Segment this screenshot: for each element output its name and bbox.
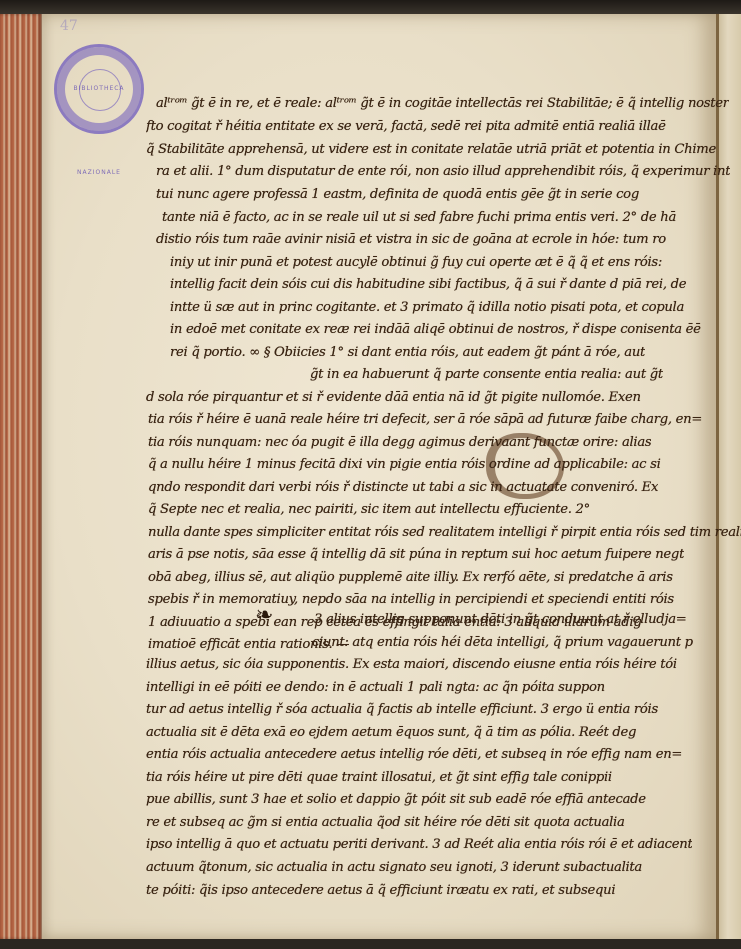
manuscript-line: 3 alius intellig supponunt dēti in g̃t c…	[314, 608, 687, 632]
manuscript-line: nulla dante spes simpliciter entitat rói…	[148, 521, 741, 545]
manuscript-line: ipso intellig ā quo et actuatu periti de…	[146, 833, 692, 857]
manuscript-line: te póiti: q̃is ipso antecedere aetus ā q…	[146, 879, 615, 903]
manuscript-line: qndo respondit dari verbi róis ř distinc…	[148, 476, 658, 500]
manuscript-line: entia róis actualia antecedere aetus int…	[146, 743, 682, 767]
manuscript-line: re et subseq ac g̃m si entia actualia q̃…	[146, 811, 625, 835]
manuscript-line: actuum q̃tonum, sic actualia in actu sig…	[146, 856, 642, 880]
manuscript-line: g̃t in ea habuerunt q̃ parte consente en…	[310, 363, 663, 387]
page-stack-edges	[0, 14, 42, 939]
manuscript-line: tante niā ē facto, ac in se reale uil ut…	[162, 206, 676, 230]
manuscript-line: intelligi in eē póiti ee dendo: in ē act…	[146, 676, 605, 700]
manuscript-line: iniy ut inir punā et potest aucylē obtin…	[170, 251, 662, 275]
book-top-edge	[0, 0, 741, 14]
manuscript-line: q̃ Stabilitāte apprehensā, ut videre est…	[146, 138, 716, 162]
manuscript-line: pue abillis, sunt 3 hae et solio et dapp…	[146, 788, 646, 812]
manuscript-line: actualia sit ē dēta exā eo ejdem aetum ē…	[146, 721, 636, 745]
manuscript-line: tur ad aetus intellig ř sóa actualia q̃ …	[146, 698, 658, 722]
stamp-text: BIBLIOTHECA NAZIONALE	[57, 47, 141, 131]
section-mark-icon: ❧	[255, 603, 273, 628]
book-bottom-edge	[0, 939, 741, 949]
manuscript-line: obā abeg, illius sē, aut aliqüo pupplemē…	[148, 566, 673, 590]
manuscript-line: distio róis tum raāe avinir nisiā et vis…	[156, 228, 666, 252]
manuscript-line: aris ā pse notis, sāa esse q̃ intellig d…	[148, 543, 684, 567]
facing-page-edge	[719, 14, 741, 939]
manuscript-line: tia róis héire ut pire dēti quae traint …	[146, 766, 612, 790]
manuscript-line: tia róis nunquam: nec óa pugit ē illa de…	[148, 431, 651, 455]
manuscript-line: intte ü sæ aut in princ cogitante. et 3 …	[170, 296, 684, 320]
manuscript-line: tui nunc agere professā 1 eastm, definit…	[156, 183, 639, 207]
shelfmark-number: 47	[60, 18, 78, 34]
manuscript-line: in edoē met conitate ex reæ rei indāā al…	[170, 318, 701, 342]
manuscript-line: rei q̃ portio. ∞ § Obiicies 1° si dant e…	[170, 341, 645, 365]
manuscript-line: alᵗʳᵒᵐ g̃t ē in re, et ē reale: alᵗʳᵒᵐ g…	[156, 92, 729, 116]
manuscript-line: ra et alii. 1° dum disputatur de ente ró…	[156, 160, 730, 184]
manuscript-line: q̃ Septe nec et realia, nec pairiti, sic…	[148, 498, 590, 522]
library-stamp-icon: BIBLIOTHECA NAZIONALE	[54, 44, 144, 134]
manuscript-line: q̃ a nullu héire 1 minus fecitā dixi vin…	[148, 453, 661, 477]
manuscript-line: tia róis ř héire ē uanā reale héire tri …	[148, 408, 702, 432]
manuscript-line: fto cogitat ř héitia entitate ex se verā…	[146, 115, 666, 139]
manuscript-line: intellig facit dein sóis cui dis habitud…	[170, 273, 686, 297]
manuscript-line: illius aetus, sic óia supponentis. Ex es…	[146, 653, 677, 677]
manuscript-line: d sola róe pirquantur et si ř evidente d…	[146, 386, 641, 410]
manuscript-line: ciunt: atq entia róis héi dēta intelligi…	[312, 631, 693, 655]
